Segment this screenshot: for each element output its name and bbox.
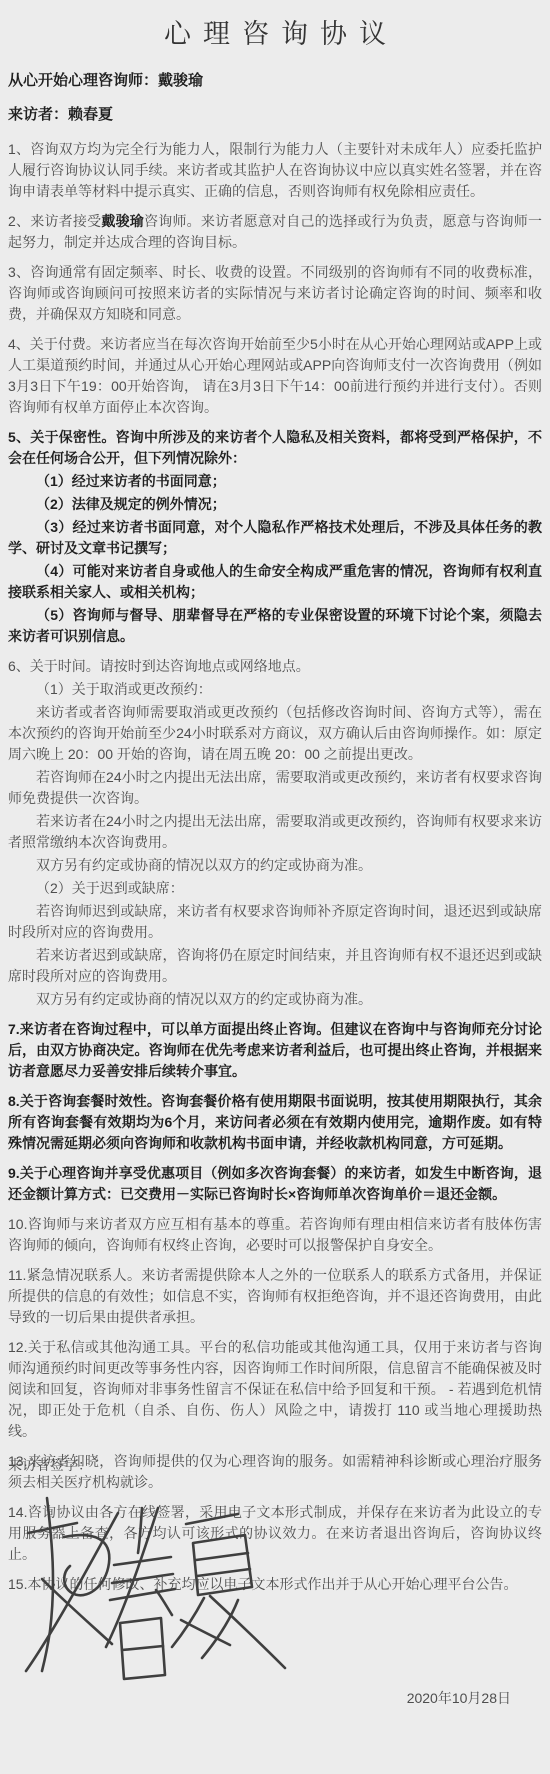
signature-drawing bbox=[14, 1481, 314, 1721]
clause-paragraph: 12.关于私信或其他沟通工具。平台的私信功能或其他沟通工具，仅用于来访者与咨询师… bbox=[8, 1337, 542, 1442]
clause-paragraph: 双方另有约定或协商的情况以双方的约定或协商为准。 bbox=[8, 989, 542, 1010]
clause-paragraph: 若来访者迟到或缺席，咨询将仍在原定时间结束，并且咨询师有权不退还迟到或缺席时段所… bbox=[8, 945, 542, 987]
clause-paragraph: 4、关于付费。来访者应当在每次咨询开始前至少5小时在从心开始心理网站或APP上或… bbox=[8, 334, 542, 418]
signature-label: 来访者签字： bbox=[8, 1455, 92, 1475]
page-title: 心理咨询协议 bbox=[8, 12, 542, 51]
clause-paragraph: 9.关于心理咨询并享受优惠项目（例如多次咨询套餐）的来访者，如发生中断咨询，退还… bbox=[8, 1163, 542, 1205]
visitor-name: 赖春夏 bbox=[68, 106, 113, 123]
clause-paragraph: 10.咨询师与来访者双方应互相有基本的尊重。若咨询师有理由相信来访者有肢体伤害咨… bbox=[8, 1214, 542, 1256]
counselor-label: 从心开始心理咨询师： bbox=[8, 72, 158, 89]
clause-paragraph: 1、咨询双方均为完全行为能力人，限制行为能力人（主要针对未成年人）应委托监护人履… bbox=[8, 139, 542, 202]
agreement-document: 心理咨询协议 从心开始心理咨询师：戴骏瑜 来访者：赖春夏 1、咨询双方均为完全行… bbox=[0, 0, 550, 1774]
clause-paragraph: 若咨询师迟到或缺席，来访者有权要求咨询师补齐原定咨询时间，退还迟到或缺席时段所对… bbox=[8, 901, 542, 943]
counselor-line: 从心开始心理咨询师：戴骏瑜 bbox=[8, 71, 542, 90]
clause-paragraph: 8.关于咨询套餐时效性。咨询套餐价格有使用期限书面说明，按其使用期限执行，其余所… bbox=[8, 1091, 542, 1154]
clause-paragraph: （5）咨询师与督导、朋辈督导在严格的专业保密设置的环境下讨论个案，须隐去来访者可… bbox=[8, 605, 542, 647]
counselor-name: 戴骏瑜 bbox=[158, 72, 203, 89]
clauses: 1、咨询双方均为完全行为能力人，限制行为能力人（主要针对未成年人）应委托监护人履… bbox=[8, 139, 542, 1595]
clause-paragraph: 2、来访者接受戴骏瑜咨询师。来访者愿意对自己的选择或行为负责，愿意与咨询师一起努… bbox=[8, 211, 542, 253]
clause-paragraph: （1）经过来访者的书面同意； bbox=[8, 471, 542, 492]
clause-paragraph: 11.紧急情况联系人。来访者需提供除本人之外的一位联系人的联系方式备用，并保证所… bbox=[8, 1265, 542, 1328]
clause-paragraph: （2）关于迟到或缺席： bbox=[8, 878, 542, 899]
signature-block: 来访者签字： 2020年10月2 bbox=[8, 1455, 542, 1774]
clause-paragraph: （3）经过来访者书面同意，对个人隐私作严格技术处理后，不涉及具体任务的教学、研讨… bbox=[8, 517, 542, 559]
clause-paragraph: 双方另有约定或协商的情况以双方的约定或协商为准。 bbox=[8, 855, 542, 876]
clause-paragraph: 若来访者在24小时之内提出无法出席，需要取消或更改预约，咨询师有权要求来访者照常… bbox=[8, 811, 542, 853]
visitor-line: 来访者：赖春夏 bbox=[8, 105, 542, 124]
agreement-date: 2020年10月28日 bbox=[407, 1688, 511, 1708]
clause-paragraph: 5、关于保密性。咨询中所涉及的来访者个人隐私及相关资料，都将受到严格保护，不会在… bbox=[8, 427, 542, 469]
clause-paragraph: 来访者或者咨询师需要取消或更改预约（包括修改咨询时间、咨询方式等），需在本次预约… bbox=[8, 702, 542, 765]
clause-paragraph: 7.来访者在咨询过程中，可以单方面提出终止咨询。但建议在咨询中与咨询师充分讨论后… bbox=[8, 1019, 542, 1082]
clause-paragraph: 6、关于时间。请按时到达咨询地点或网络地点。 bbox=[8, 656, 542, 677]
clause-paragraph: 若咨询师在24小时之内提出无法出席，需要取消或更改预约，来访者有权要求咨询师免费… bbox=[8, 767, 542, 809]
clause-paragraph: （1）关于取消或更改预约： bbox=[8, 679, 542, 700]
clause-paragraph: （2）法律及规定的例外情况； bbox=[8, 494, 542, 515]
clause-paragraph: （4）可能对来访者自身或他人的生命安全构成严重危害的情况，咨询师有权利直接联系相… bbox=[8, 561, 542, 603]
clause-paragraph: 3、咨询通常有固定频率、时长、收费的设置。不同级别的咨询师有不同的收费标准，咨询… bbox=[8, 262, 542, 325]
visitor-label: 来访者： bbox=[8, 106, 68, 123]
